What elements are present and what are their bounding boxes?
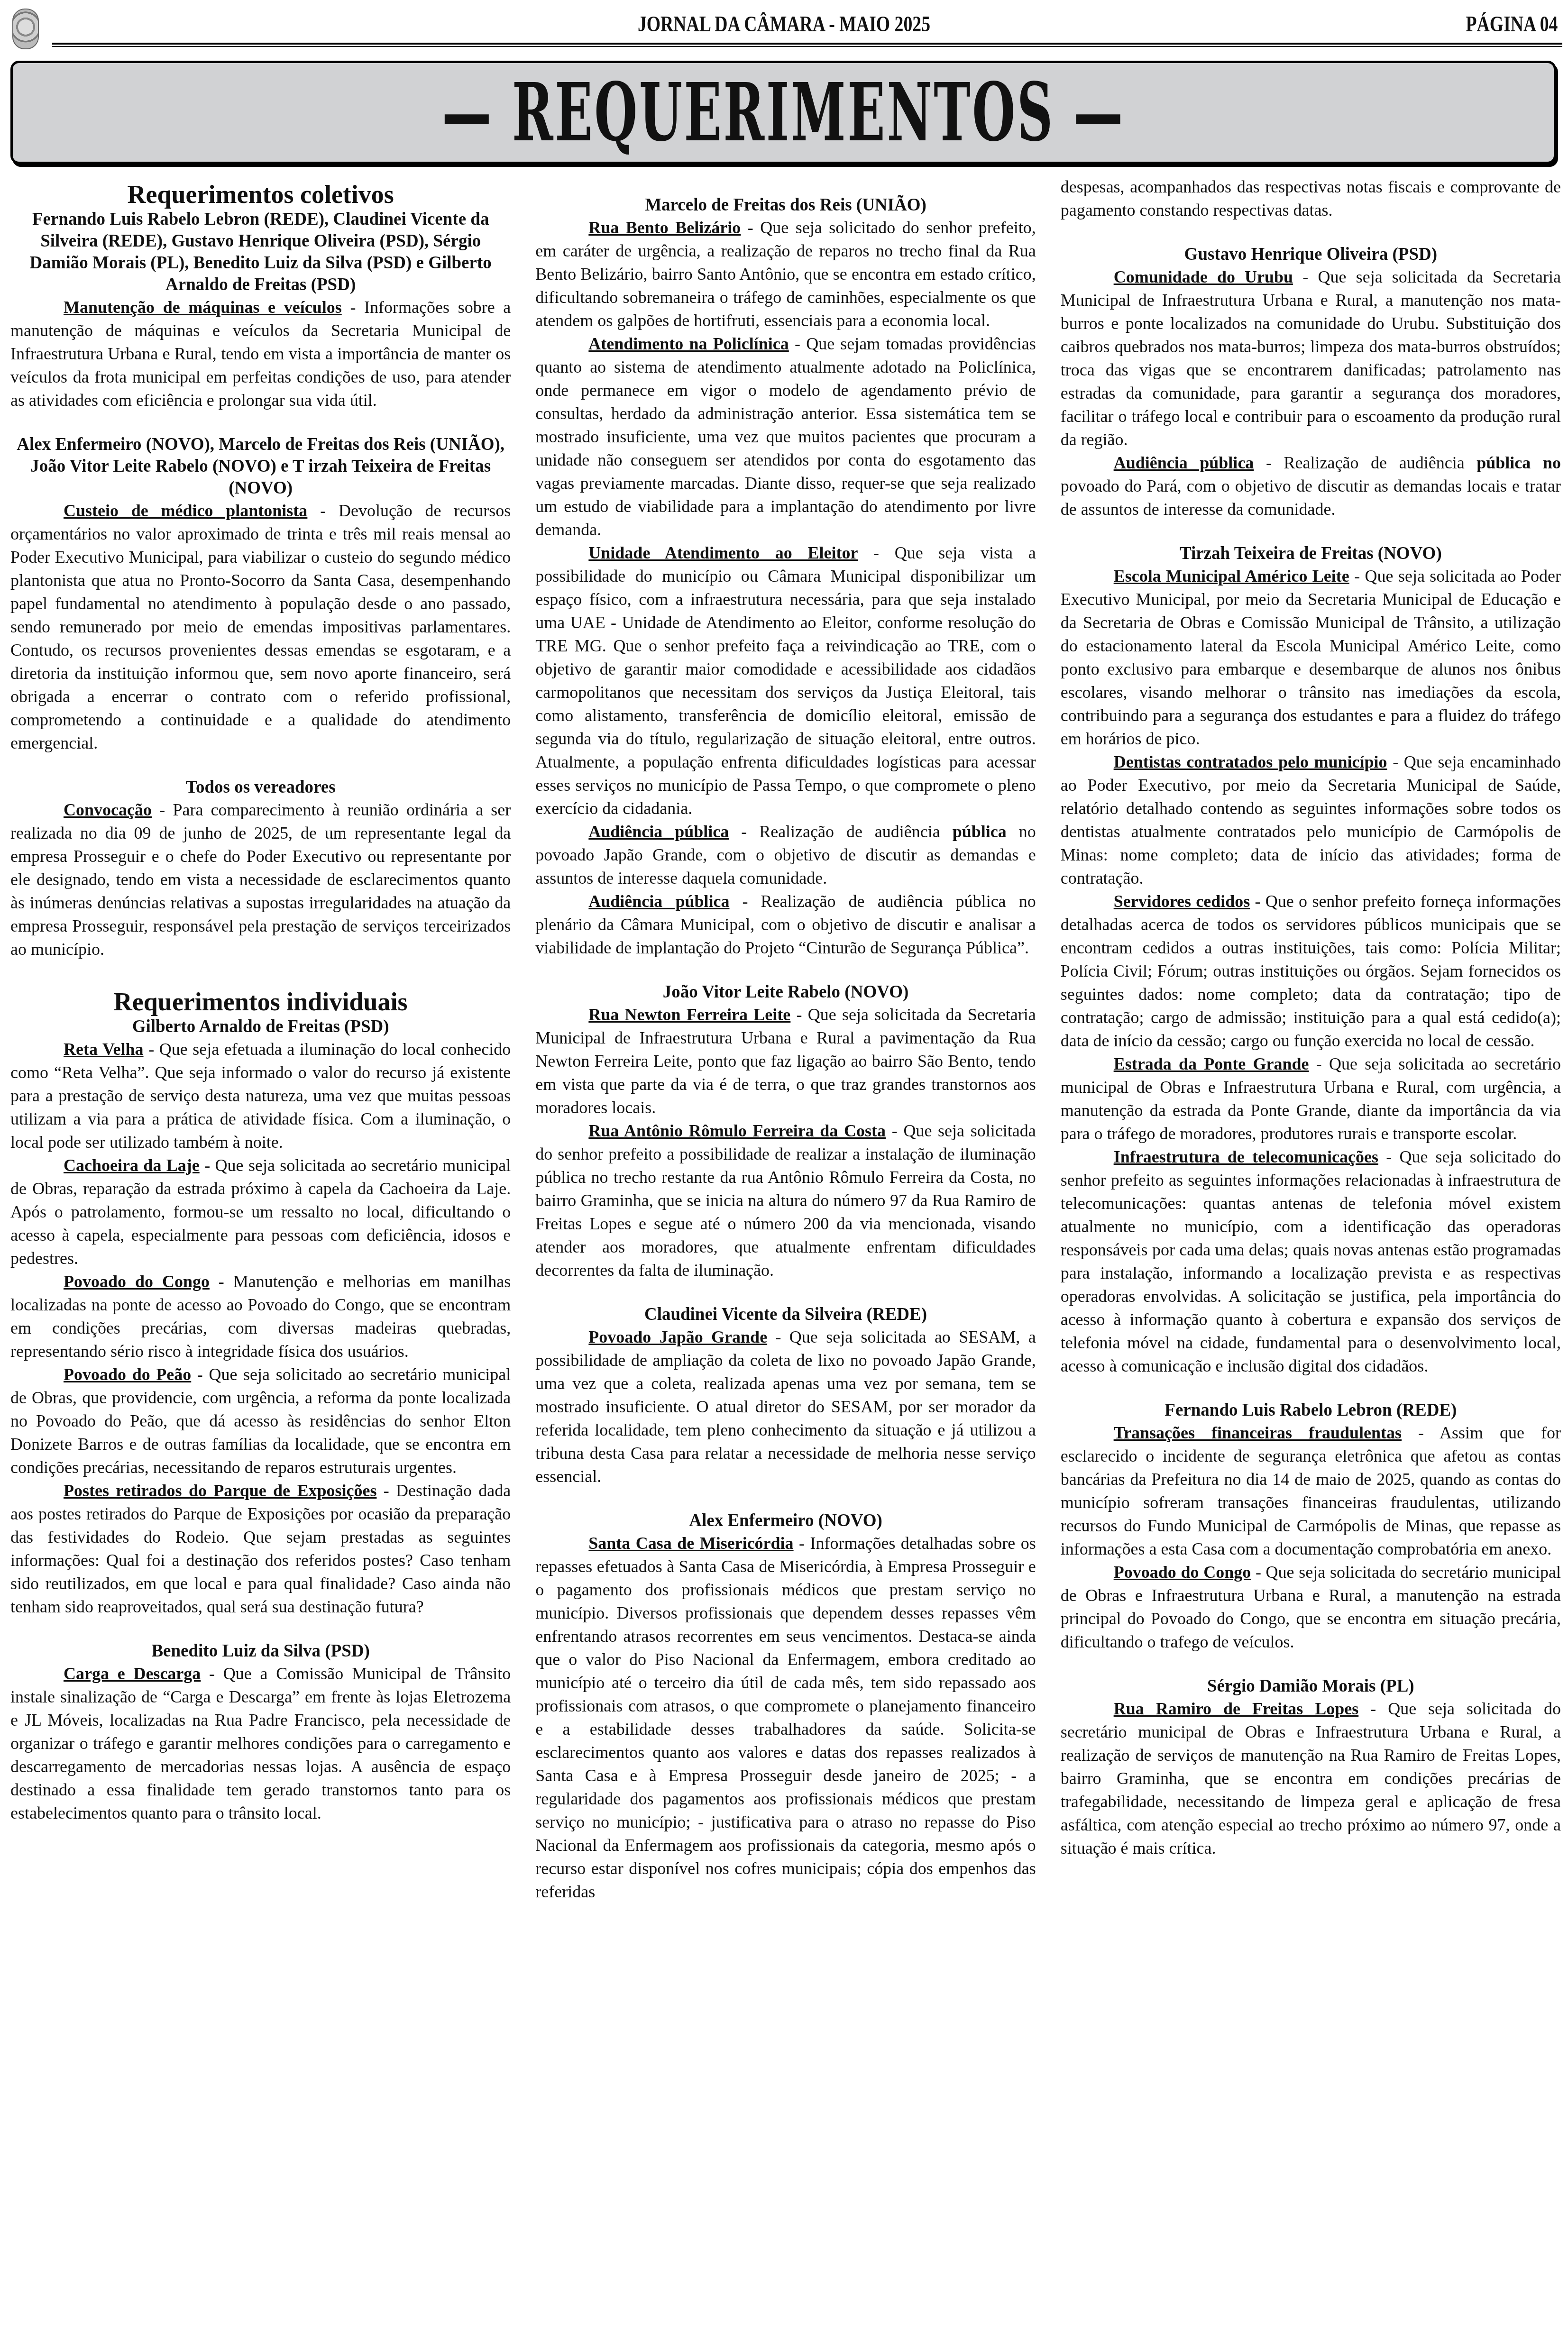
request-item: Estrada da Ponte Grande - Que seja solic… bbox=[1061, 1052, 1561, 1145]
request-item: Audiência pública - Realização de audiên… bbox=[535, 820, 1036, 890]
request-item: Cachoeira da Laje - Que seja solicitada … bbox=[10, 1154, 511, 1270]
request-text: - Que seja solicitada ao Poder Executivo… bbox=[1061, 567, 1561, 748]
request-text-bold: pública bbox=[953, 822, 1007, 841]
author-heading: Fernando Luis Rabelo Lebron (REDE) bbox=[1061, 1400, 1561, 1421]
request-text: - Que a Comissão Municipal de Trânsito i… bbox=[10, 1664, 511, 1822]
author-heading: Todos os vereadores bbox=[10, 777, 511, 798]
request-item: Transações financeiras fraudulentas - As… bbox=[1061, 1421, 1561, 1561]
author-heading: João Vitor Leite Rabelo (NOVO) bbox=[535, 981, 1036, 1003]
request-item: Infraestrutura de telecomunicações - Que… bbox=[1061, 1145, 1561, 1378]
request-topic: Audiência pública bbox=[1114, 453, 1254, 472]
request-item: Escola Municipal Américo Leite - Que sej… bbox=[1061, 565, 1561, 750]
request-topic: Postes retirados do Parque de Exposições bbox=[64, 1481, 376, 1500]
request-item: Santa Casa de Misericórdia - Informações… bbox=[535, 1532, 1036, 1904]
request-item: Convocação - Para comparecimento à reuni… bbox=[10, 798, 511, 961]
request-item: Reta Velha - Que seja efetuada a ilumina… bbox=[10, 1038, 511, 1154]
request-topic: Dentistas contratados pelo município bbox=[1114, 752, 1387, 771]
request-text: - Que seja solicitada do secretário muni… bbox=[1061, 1699, 1561, 1858]
continued-text: despesas, acompanhados das respectivas n… bbox=[1061, 175, 1561, 222]
column-3: despesas, acompanhados das respectivas n… bbox=[1061, 175, 1561, 2342]
request-item: Comunidade do Urubu - Que seja solicitad… bbox=[1061, 265, 1561, 451]
author-heading: Benedito Luiz da Silva (PSD) bbox=[10, 1640, 511, 1662]
request-topic: Rua Bento Belizário bbox=[588, 218, 741, 237]
request-topic: Povoado do Congo bbox=[1114, 1563, 1251, 1582]
article-columns: Requerimentos coletivos Fernando Luis Ra… bbox=[10, 175, 1561, 2342]
author-heading: Tirzah Teixeira de Freitas (NOVO) bbox=[1061, 543, 1561, 565]
request-topic: Convocação bbox=[64, 800, 152, 819]
banner-title: — REQUERIMENTOS — bbox=[442, 65, 1125, 159]
request-topic: Estrada da Ponte Grande bbox=[1114, 1054, 1309, 1073]
section-title-individuais: Requerimentos individuais bbox=[10, 988, 511, 1016]
request-item: Povoado do Congo - Que seja solicitada d… bbox=[1061, 1561, 1561, 1654]
author-heading: Gilberto Arnaldo de Freitas (PSD) bbox=[10, 1016, 511, 1038]
request-topic: Rua Ramiro de Freitas Lopes bbox=[1114, 1699, 1359, 1718]
request-text: - Para comparecimento à reunião ordinári… bbox=[10, 800, 511, 959]
request-item: Povoado do Peão - Que seja solicitado ao… bbox=[10, 1363, 511, 1479]
request-item: Postes retirados do Parque de Exposições… bbox=[10, 1479, 511, 1619]
request-item: Povoado do Congo - Manutenção e melhoria… bbox=[10, 1270, 511, 1363]
request-item: Carga e Descarga - Que a Comissão Munici… bbox=[10, 1662, 511, 1825]
request-item: Rua Newton Ferreira Leite - Que seja sol… bbox=[535, 1003, 1036, 1119]
author-heading: Alex Enfermeiro (NOVO), Marcelo de Freit… bbox=[10, 434, 511, 499]
request-item: Custeio de médico plantonista - Devoluçã… bbox=[10, 499, 511, 755]
request-text: - Destinação dada aos postes retirados d… bbox=[10, 1481, 511, 1616]
request-item: Rua Antônio Rômulo Ferreira da Costa - Q… bbox=[535, 1119, 1036, 1282]
author-heading: Fernando Luis Rabelo Lebron (REDE), Clau… bbox=[10, 209, 511, 296]
request-topic: Santa Casa de Misericórdia bbox=[588, 1534, 793, 1553]
request-text: - Que seja solicitada da Secretaria Muni… bbox=[1061, 267, 1561, 449]
request-topic: Infraestrutura de telecomunicações bbox=[1114, 1147, 1378, 1166]
request-topic: Rua Newton Ferreira Leite bbox=[588, 1005, 790, 1024]
request-text: - Que sejam tomadas providências quanto … bbox=[535, 334, 1036, 539]
header-rule bbox=[52, 43, 1562, 45]
request-text: - Que seja vista a possibilidade do muni… bbox=[535, 543, 1036, 818]
column-1: Requerimentos coletivos Fernando Luis Ra… bbox=[10, 175, 511, 2342]
request-text: - Que seja encaminhado ao Poder Executiv… bbox=[1061, 752, 1561, 888]
header-rule-thin bbox=[52, 46, 1562, 47]
request-topic: Comunidade do Urubu bbox=[1114, 267, 1293, 286]
request-topic: Atendimento na Policlínica bbox=[588, 334, 789, 353]
request-text: - Realização de audiência bbox=[729, 822, 952, 841]
page-number: PÁGINA 04 bbox=[1466, 11, 1558, 37]
request-item: Rua Ramiro de Freitas Lopes - Que seja s… bbox=[1061, 1697, 1561, 1860]
request-text: - Que seja solicitada do senhor prefeito… bbox=[535, 1121, 1036, 1280]
request-item: Povoado Japão Grande - Que seja solicita… bbox=[535, 1326, 1036, 1488]
request-topic: Povoado Japão Grande bbox=[588, 1327, 767, 1346]
request-item: Rua Bento Belizário - Que seja solicitad… bbox=[535, 216, 1036, 332]
request-item: Manutenção de máquinas e veículos - Info… bbox=[10, 296, 511, 412]
request-text: - Devolução de recursos orçamentários no… bbox=[10, 501, 511, 752]
request-topic: Audiência pública bbox=[588, 822, 729, 841]
request-topic: Escola Municipal Américo Leite bbox=[1114, 567, 1349, 586]
request-topic: Audiência pública bbox=[588, 892, 729, 911]
request-topic: Povoado do Peão bbox=[64, 1365, 191, 1384]
request-topic: Cachoeira da Laje bbox=[64, 1156, 200, 1175]
request-item: Audiência pública - Realização de audiên… bbox=[535, 890, 1036, 960]
author-heading: Sérgio Damião Morais (PL) bbox=[1061, 1675, 1561, 1697]
author-heading: Claudinei Vicente da Silveira (REDE) bbox=[535, 1304, 1036, 1326]
request-text-bold: pública no bbox=[1476, 453, 1561, 472]
request-topic: Reta Velha bbox=[64, 1040, 144, 1059]
request-topic: Rua Antônio Rômulo Ferreira da Costa bbox=[588, 1121, 886, 1140]
request-topic: Carga e Descarga bbox=[64, 1664, 201, 1683]
request-text: - Informações detalhadas sobre os repass… bbox=[535, 1534, 1036, 1901]
author-heading: Gustavo Henrique Oliveira (PSD) bbox=[1061, 244, 1561, 265]
request-text: - Assim que for esclarecido o incidente … bbox=[1061, 1423, 1561, 1558]
section-banner: — REQUERIMENTOS — bbox=[10, 61, 1556, 164]
author-heading: Marcelo de Freitas dos Reis (UNIÃO) bbox=[535, 194, 1036, 216]
section-title-coletivos: Requerimentos coletivos bbox=[10, 180, 511, 209]
newspaper-title: JORNAL DA CÂMARA - MAIO 2025 bbox=[141, 11, 1427, 37]
request-topic: Manutenção de máquinas e veículos bbox=[64, 298, 342, 317]
request-topic: Transações financeiras fraudulentas bbox=[1114, 1423, 1402, 1442]
request-text: povoado do Pará, com o objetivo de discu… bbox=[1061, 476, 1561, 519]
request-item: Atendimento na Policlínica - Que sejam t… bbox=[535, 332, 1036, 541]
request-text: - Que seja solicitada ao SESAM, a possib… bbox=[535, 1327, 1036, 1486]
masthead: JORNAL DA CÂMARA - MAIO 2025 PÁGINA 04 bbox=[0, 0, 1568, 52]
request-text: - Que seja solicitado do senhor prefeito… bbox=[1061, 1147, 1561, 1375]
request-item: Servidores cedidos - Que o senhor prefei… bbox=[1061, 890, 1561, 1052]
request-topic: Unidade Atendimento ao Eleitor bbox=[588, 543, 858, 562]
request-item: Dentistas contratados pelo município - Q… bbox=[1061, 750, 1561, 890]
author-heading: Alex Enfermeiro (NOVO) bbox=[535, 1510, 1036, 1532]
request-topic: Servidores cedidos bbox=[1114, 892, 1250, 911]
request-item: Unidade Atendimento ao Eleitor - Que sej… bbox=[535, 541, 1036, 820]
column-2: Marcelo de Freitas dos Reis (UNIÃO) Rua … bbox=[535, 175, 1036, 2342]
request-item: Audiência pública - Realização de audiên… bbox=[1061, 451, 1561, 521]
request-topic: Povoado do Congo bbox=[64, 1272, 210, 1291]
request-topic: Custeio de médico plantonista bbox=[64, 501, 307, 520]
request-text: - Que o senhor prefeito forneça informaç… bbox=[1061, 892, 1561, 1050]
request-text: - Realização de audiência bbox=[1254, 453, 1476, 472]
municipal-seal-icon bbox=[12, 9, 39, 49]
